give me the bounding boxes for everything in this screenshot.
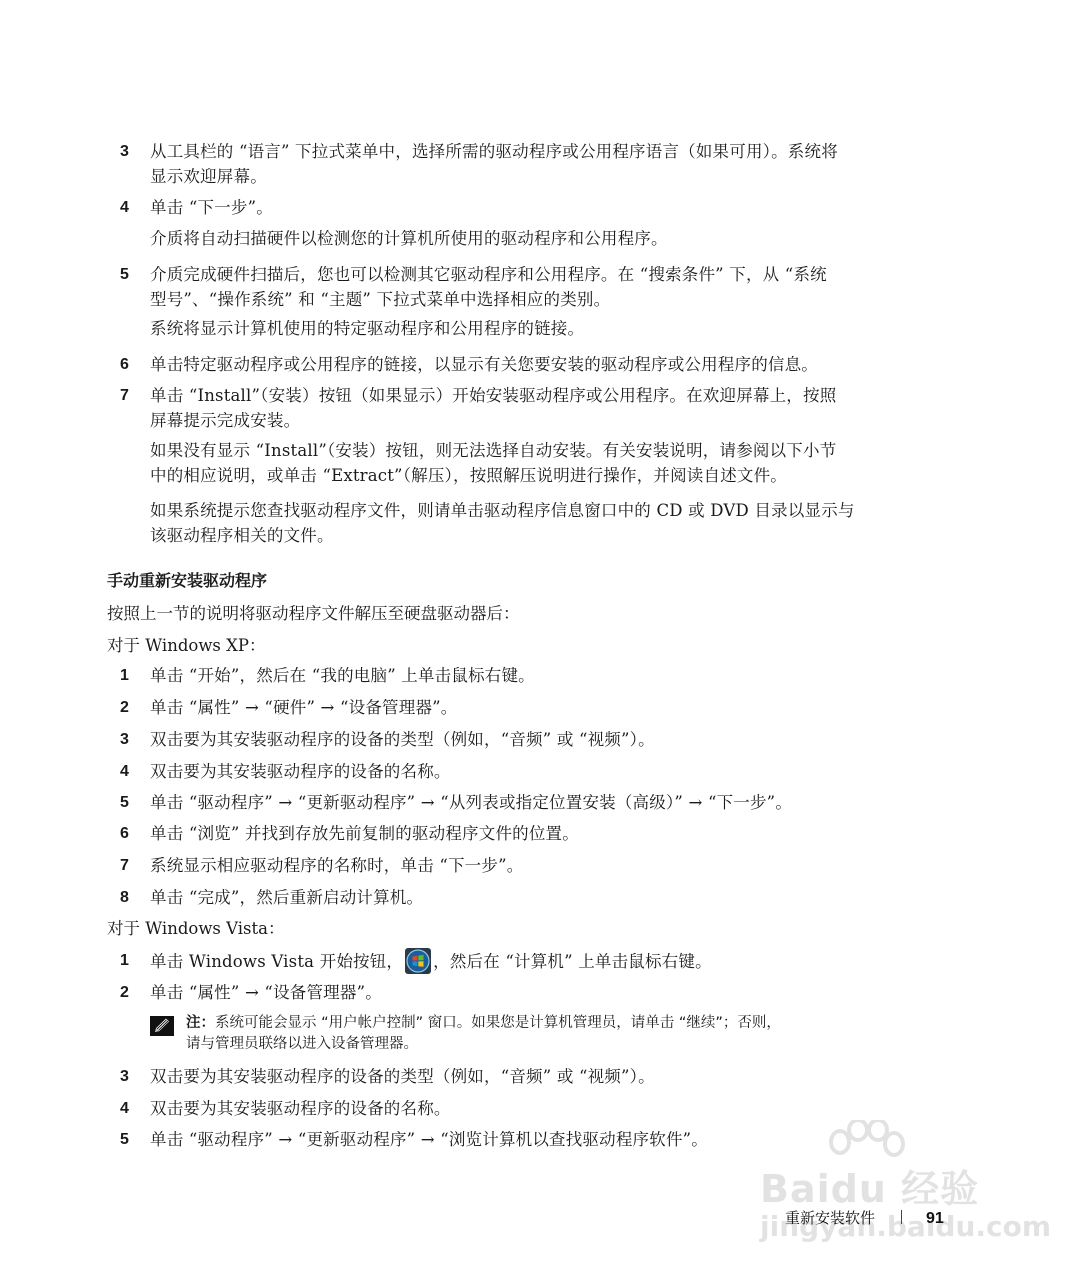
windows-vista-start-icon <box>405 948 431 974</box>
step-7-detail-2a: 如果系统提示您查找驱动程序文件，则请单击驱动程序信息窗口中的 CD 或 DVD … <box>150 498 960 523</box>
step-number: 5 <box>120 790 129 815</box>
step-text: 单击 “Install”（安装）按钮（如果显示）开始安装驱动程序或公用程序。在欢… <box>150 383 960 408</box>
step-text: 从工具栏的 “语言” 下拉式菜单中，选择所需的驱动程序或公用程序语言（如果可用）… <box>150 139 960 164</box>
document-page: 3 从工具栏的 “语言” 下拉式菜单中，选择所需的驱动程序或公用程序语言（如果可… <box>0 0 1066 1280</box>
step-text-after: ，然后在 “计算机” 上单击鼠标右键。 <box>433 952 712 971</box>
step-text: 双击要为其安装驱动程序的设备的类型（例如，“音频” 或 “视频”）。 <box>150 1064 960 1089</box>
step-text-cont: 显示欢迎屏幕。 <box>150 164 960 189</box>
footer-divider <box>901 1210 902 1224</box>
step-7-detail-2b: 该驱动程序相关的文件。 <box>150 523 960 548</box>
step-text-cont: 屏幕提示完成安装。 <box>150 408 960 433</box>
step-number: 1 <box>120 948 129 973</box>
note-body: 系统可能会显示 “用户帐户控制” 窗口。如果您是计算机管理员，请单击 “继续”；… <box>215 1015 781 1031</box>
step-text: 单击 “属性” → “设备管理器”。 <box>150 980 960 1005</box>
step-number: 5 <box>120 1127 129 1152</box>
step-number: 6 <box>120 821 129 846</box>
step-number: 3 <box>120 139 129 164</box>
step-text: 单击 “驱动程序” → “更新驱动程序” → “从列表或指定位置安装（高级）” … <box>150 790 960 815</box>
step-number: 4 <box>120 759 129 784</box>
step-text: 双击要为其安装驱动程序的设备的名称。 <box>150 1096 960 1121</box>
xp-heading: 对于 Windows XP： <box>107 633 967 658</box>
step-number: 4 <box>120 195 129 220</box>
step-number: 3 <box>120 1064 129 1089</box>
watermark-brand: Baidu 经验 <box>760 1158 979 1213</box>
step-text: 系统显示相应驱动程序的名称时，单击 “下一步”。 <box>150 853 960 878</box>
step-number: 7 <box>120 853 129 878</box>
page-number: 91 <box>926 1210 944 1227</box>
step-text: 双击要为其安装驱动程序的设备的类型（例如，“音频” 或 “视频”）。 <box>150 727 960 752</box>
step-7-detail-1b: 中的相应说明，或单击 “Extract”（解压），按照解压说明进行操作，并阅读自… <box>150 463 960 488</box>
step-number: 7 <box>120 383 129 408</box>
vista-heading: 对于 Windows Vista： <box>107 916 967 941</box>
section-heading: 手动重新安装驱动程序 <box>107 570 267 592</box>
step-text: 单击 “完成”，然后重新启动计算机。 <box>150 885 960 910</box>
step-number: 6 <box>120 352 129 377</box>
step-number: 5 <box>120 262 129 287</box>
note-text-line1: 注：系统可能会显示 “用户帐户控制” 窗口。如果您是计算机管理员，请单击 “继续… <box>186 1013 956 1034</box>
step-number: 2 <box>120 695 129 720</box>
step-text: 单击 Windows Vista 开始按钮， ，然后在 “计算机” 上单击鼠标右… <box>150 948 960 974</box>
step-number: 2 <box>120 980 129 1005</box>
step-5-detail: 系统将显示计算机使用的特定驱动程序和公用程序的链接。 <box>150 316 960 341</box>
step-text: 单击特定驱动程序或公用程序的链接，以显示有关您要安装的驱动程序或公用程序的信息。 <box>150 352 960 377</box>
step-text: 单击 “浏览” 并找到存放先前复制的驱动程序文件的位置。 <box>150 821 960 846</box>
step-number: 8 <box>120 885 129 910</box>
section-intro: 按照上一节的说明将驱动程序文件解压至硬盘驱动器后： <box>107 601 967 626</box>
step-number: 4 <box>120 1096 129 1121</box>
footer-section-title: 重新安装软件 <box>785 1209 875 1227</box>
note-box: 注：系统可能会显示 “用户帐户控制” 窗口。如果您是计算机管理员，请单击 “继续… <box>150 1013 960 1057</box>
step-text: 单击 “下一步”。 <box>150 195 960 220</box>
step-4-detail: 介质将自动扫描硬件以检测您的计算机所使用的驱动程序和公用程序。 <box>150 226 960 251</box>
note-label: 注： <box>186 1015 215 1031</box>
step-7-detail-1a: 如果没有显示 “Install”（安装）按钮，则无法选择自动安装。有关安装说明，… <box>150 438 960 463</box>
step-text: 双击要为其安装驱动程序的设备的名称。 <box>150 759 960 784</box>
note-pencil-icon <box>150 1016 174 1036</box>
step-number: 3 <box>120 727 129 752</box>
step-text-cont: 型号”、“操作系统” 和 “主题” 下拉式菜单中选择相应的类别。 <box>150 287 960 312</box>
step-text: 介质完成硬件扫描后，您也可以检测其它驱动程序和公用程序。在 “搜索条件” 下，从… <box>150 262 960 287</box>
step-text: 单击 “属性” → “硬件” → “设备管理器”。 <box>150 695 960 720</box>
step-text: 单击 “开始”，然后在 “我的电脑” 上单击鼠标右键。 <box>150 663 960 688</box>
page-footer: 重新安装软件91 <box>785 1208 944 1229</box>
step-text: 单击 “驱动程序” → “更新驱动程序” → “浏览计算机以查找驱动程序软件”。 <box>150 1127 960 1152</box>
step-text-before: 单击 Windows Vista 开始按钮， <box>150 952 403 971</box>
note-text-line2: 请与管理员联络以进入设备管理器。 <box>186 1034 956 1055</box>
step-number: 1 <box>120 663 129 688</box>
